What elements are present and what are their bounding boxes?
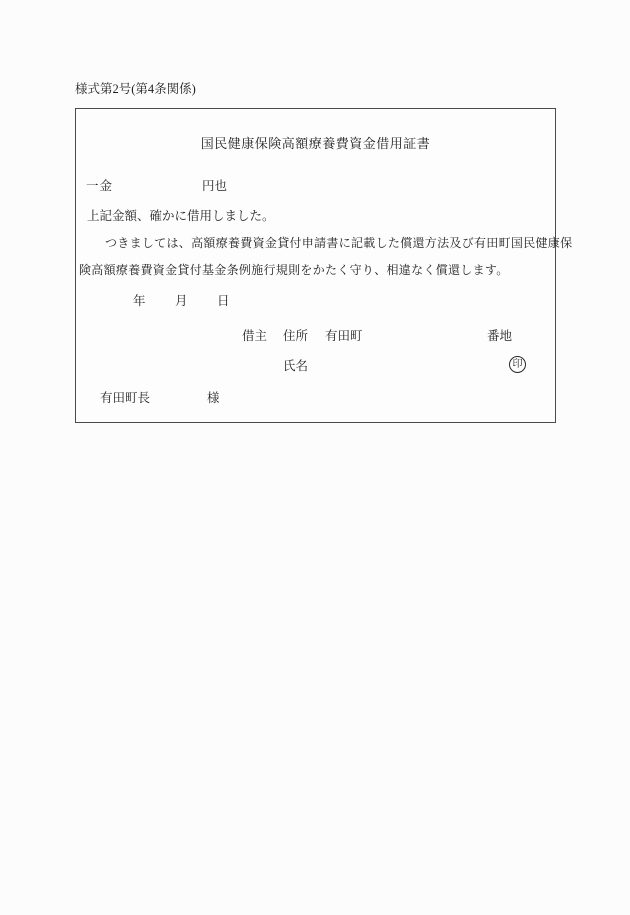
borrower-address-unit-label: 番地 [487, 330, 512, 343]
borrower-name-label: 氏名 [283, 360, 308, 373]
document-page: 様式第2号(第4条関係) 国民健康保険高額療養費資金借用証書 一金 円也 上記金… [0, 0, 630, 915]
document-title: 国民健康保険高額療養費資金借用証書 [76, 137, 555, 150]
addressee-title-label: 有田町長 [100, 392, 150, 405]
addressee-honorific-label: 様 [207, 392, 220, 405]
date-month-label: 月 [175, 295, 188, 308]
confirmation-text: 上記金額、確かに借用しました。 [87, 210, 275, 223]
form-number-label: 様式第2号(第4条関係) [75, 82, 196, 97]
certificate-box: 国民健康保険高額療養費資金借用証書 一金 円也 上記金額、確かに借用しました。 … [75, 108, 556, 423]
body-paragraph-line-1: つきましては、高額療養費資金貸付申請書に記載した償還方法及び有田町国民健康保 [79, 237, 551, 249]
date-day-label: 日 [217, 295, 230, 308]
amount-prefix-label: 一金 [86, 180, 113, 193]
seal-stamp-icon: 印 [509, 356, 526, 373]
date-year-label: 年 [133, 295, 146, 308]
body-paragraph-line-2: 険高額療養費資金貸付基金条例施行規則をかたく守り、相違なく償還します。 [79, 264, 509, 276]
borrower-address-value: 有田町 [325, 330, 363, 343]
amount-suffix-label: 円也 [202, 180, 227, 193]
borrower-address-label: 住所 [283, 330, 308, 343]
borrower-role-label: 借主 [242, 330, 267, 343]
